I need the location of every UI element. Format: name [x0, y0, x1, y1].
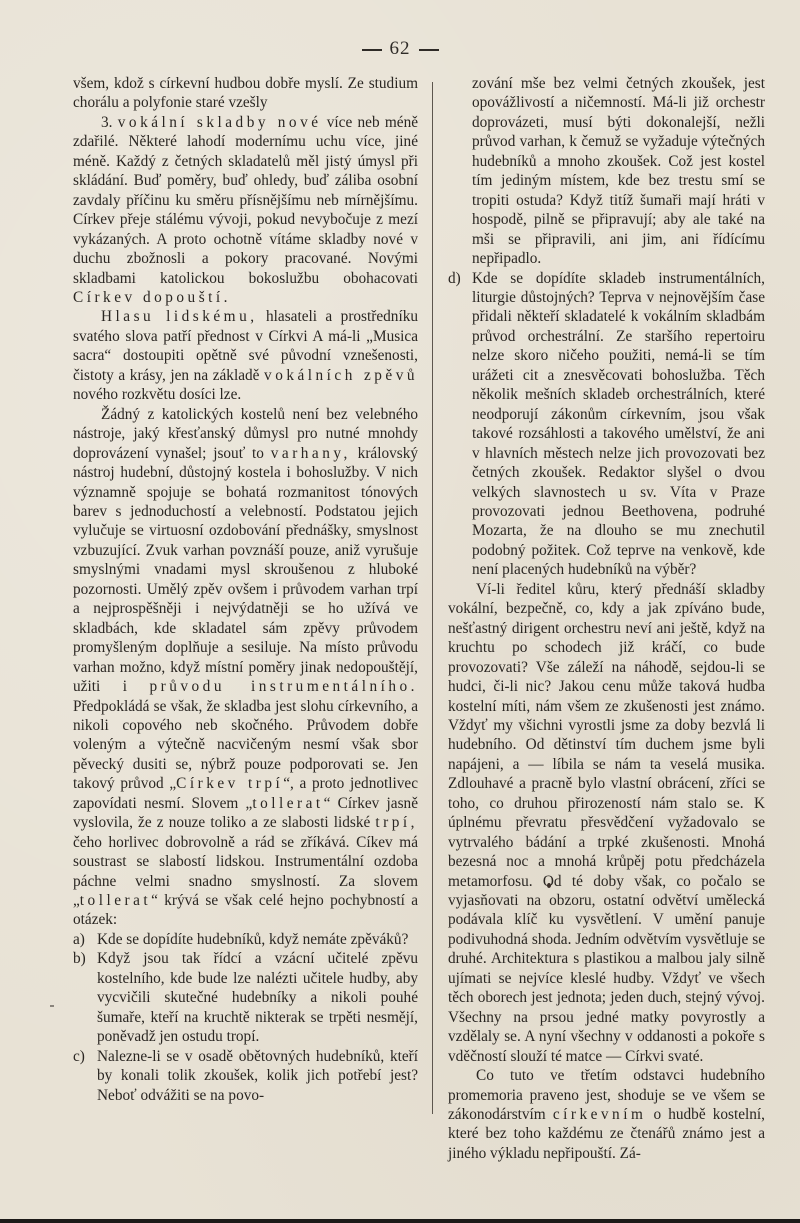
text-run: nového rozkvětu dosíci lze.: [73, 386, 241, 403]
emphasis-spaced: průvodu instrumentálního.: [149, 678, 418, 695]
ink-spot: [547, 883, 551, 888]
text-run: všem, kdož s církevní hudbou dobře myslí…: [73, 75, 418, 111]
list-marker: d): [448, 269, 461, 288]
emphasis-spaced: Církev trpí: [176, 775, 283, 792]
emphasis-spaced: církevním: [553, 1106, 647, 1123]
list-item-c-continued: zování mše bez velmi četných zkoušek, je…: [448, 74, 765, 269]
emphasis-spaced: tollerat: [80, 892, 151, 909]
paragraph-vocal-compositions: 3. vokální skladby nové více neb méně zd…: [73, 113, 418, 308]
list-item-a: a) Kde se dopídíte hudebníků, když nemát…: [73, 930, 418, 949]
scan-bottom-edge: [0, 1219, 800, 1223]
right-column: zování mše bez velmi četných zkoušek, je…: [448, 74, 765, 1163]
emphasis-spaced: vokálních zpěvů: [264, 367, 418, 384]
emphasis-spaced: tollerat: [252, 795, 323, 812]
paragraph-human-voice: Hlasu lidskému, hlasateli a prostředníku…: [73, 307, 418, 404]
list-item-d: d) Kde se dopídíte skladeb instrumentáln…: [448, 269, 765, 580]
text-run: více neb méně zdařilé. Některé lahodí mo…: [73, 114, 418, 287]
list-text: Kde se dopídíte skladeb instrumentálních…: [472, 269, 765, 580]
dash-right: [419, 49, 439, 51]
list-marker: b): [73, 949, 86, 968]
page-number-header: 62: [0, 38, 800, 60]
paragraph-promemoria: Co tuto ve třetím odstavci hudebního pro…: [448, 1066, 765, 1163]
column-divider: [432, 82, 433, 1114]
left-column: všem, kdož s církevní hudbou dobře myslí…: [73, 74, 418, 1105]
list-item-b: b) Když jsou tak řídcí a vzácní učitelé …: [73, 949, 418, 1046]
section-number: 3.: [101, 114, 112, 131]
list-marker: a): [73, 930, 85, 949]
emphasis-spaced: varhany,: [271, 445, 351, 462]
emphasis-spaced: Církev dopouští.: [73, 289, 231, 306]
paragraph-intro: všem, kdož s církevní hudbou dobře myslí…: [73, 74, 418, 113]
list-text: zování mše bez velmi četných zkoušek, je…: [472, 74, 765, 269]
page-number: 62: [390, 38, 411, 59]
list-marker: c): [73, 1047, 85, 1066]
list-text: Když jsou tak řídcí a vzácní učitelé zpě…: [97, 949, 418, 1046]
dash-left: [362, 49, 382, 51]
list-item-c: c) Nalezne-li se v osadě obětovných hude…: [73, 1047, 418, 1105]
scanned-book-page: 62 všem, kdož s církevní hudbou dobře my…: [0, 0, 800, 1223]
emphasis-spaced: Hlasu lidskému,: [101, 308, 258, 325]
text-run: královský nástroj hudební, důstojný kost…: [73, 445, 418, 695]
paragraph-organ: Žádný z katolických kostelů není bez vel…: [73, 405, 418, 930]
list-text: Nalezne-li se v osadě obětovných hudební…: [97, 1047, 418, 1105]
paragraph-choir-director: Ví-li ředitel kůru, který přednáší sklad…: [448, 580, 765, 1066]
emphasis-spaced: trpí,: [375, 814, 418, 831]
emphasis-spaced: vokální skladby nové: [118, 114, 322, 131]
margin-mark: [50, 1005, 54, 1007]
list-text: Kde se dopídíte hudebníků, když nemáte z…: [97, 930, 418, 949]
